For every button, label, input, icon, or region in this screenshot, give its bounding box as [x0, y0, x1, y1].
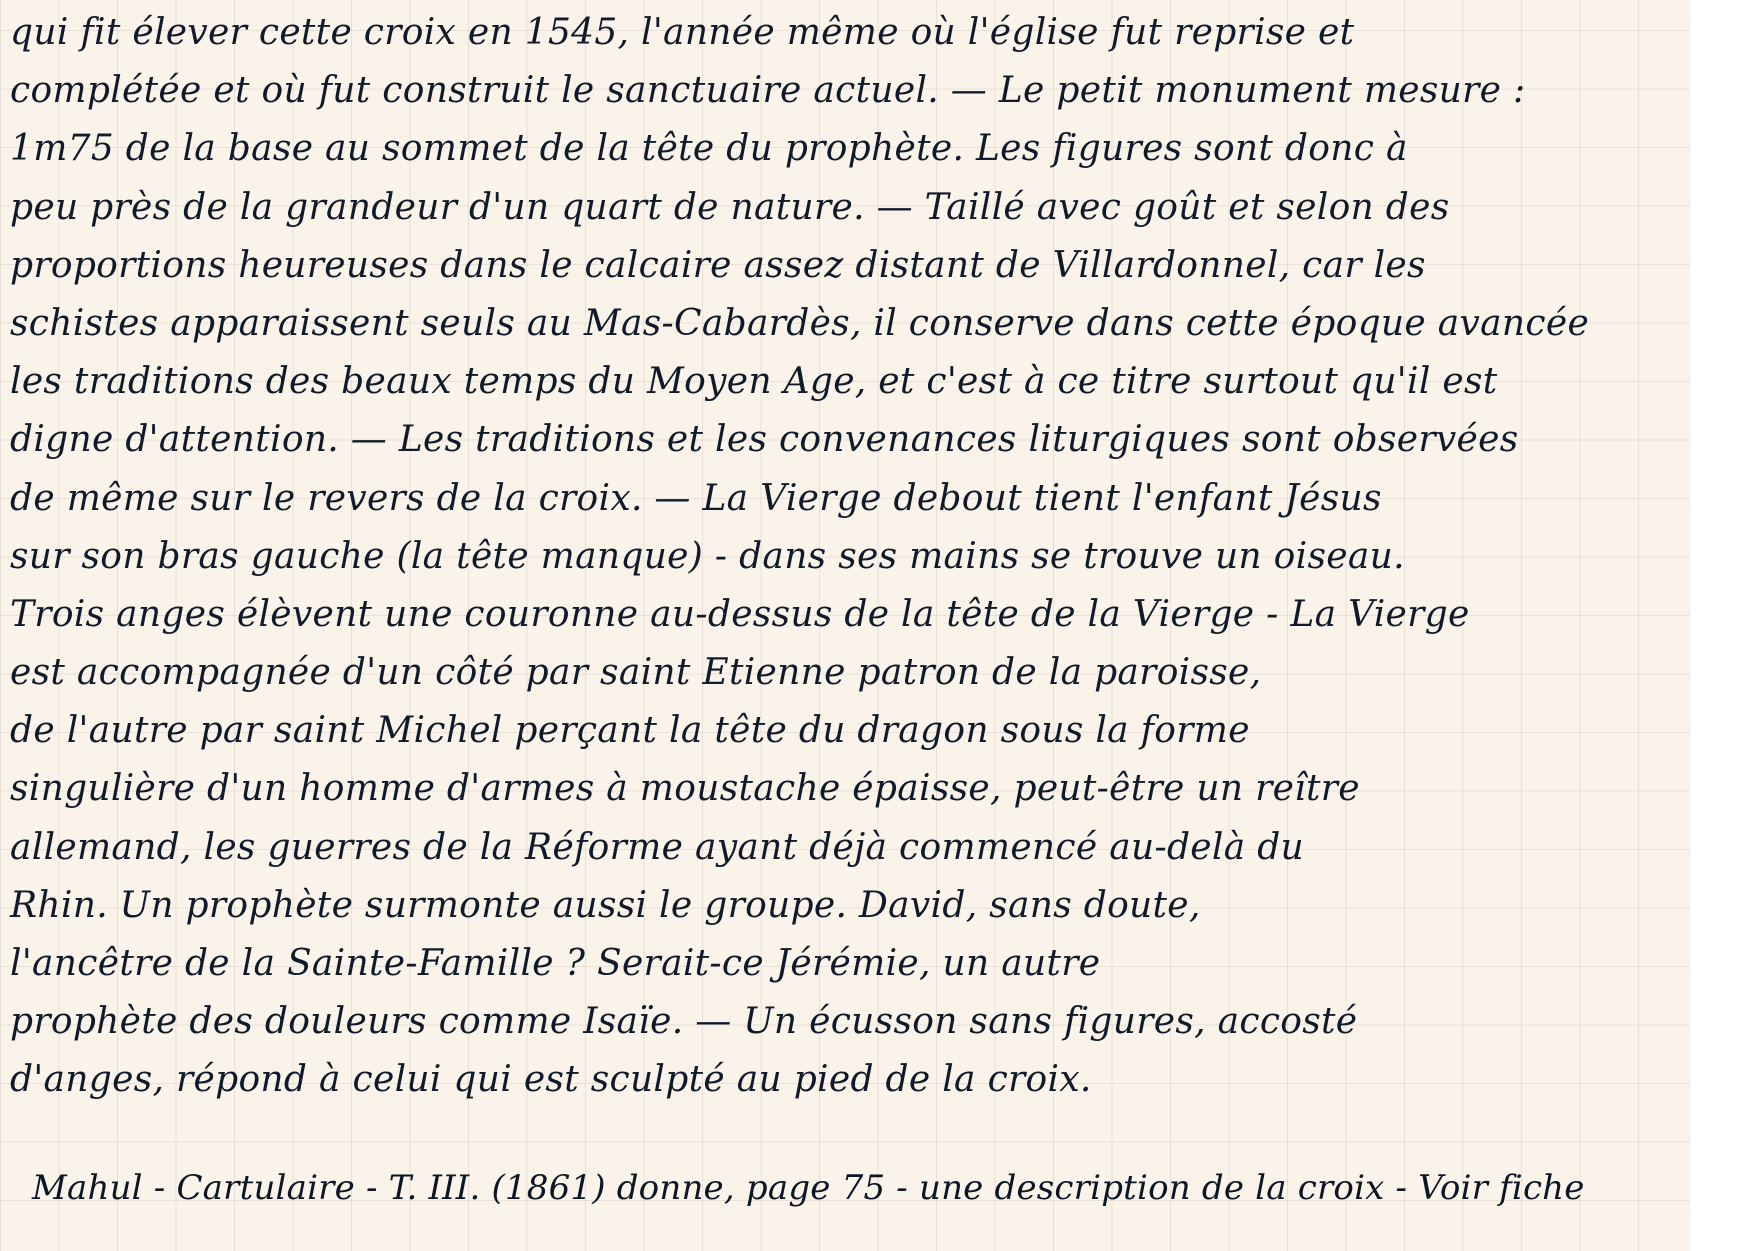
manuscript-line: est accompagnée d'un côté par saint Etie… [10, 644, 1690, 702]
manuscript-line: d'anges, répond à celui qui est sculpté … [10, 1051, 1690, 1109]
manuscript-line: schistes apparaissent seuls au Mas-Cabar… [10, 295, 1690, 353]
manuscript-line: digne d'attention. — Les traditions et l… [10, 411, 1690, 469]
manuscript-line: les traditions des beaux temps du Moyen … [10, 353, 1690, 411]
manuscript-line: Rhin. Un prophète surmonte aussi le grou… [10, 877, 1690, 935]
manuscript-line: allemand, les guerres de la Réforme ayan… [10, 819, 1690, 877]
manuscript-line: singulière d'un homme d'armes à moustach… [10, 760, 1690, 818]
manuscript-line: prophète des douleurs comme Isaïe. — Un … [10, 993, 1690, 1051]
manuscript-line: sur son bras gauche (la tête manque) - d… [10, 528, 1690, 586]
manuscript-page: qui fit élever cette croix en 1545, l'an… [0, 0, 1690, 1251]
manuscript-line: de même sur le revers de la croix. — La … [10, 470, 1690, 528]
manuscript-line: complétée et où fut construit le sanctua… [10, 62, 1690, 120]
manuscript-line: qui fit élever cette croix en 1545, l'an… [10, 4, 1690, 62]
manuscript-line: Trois anges élèvent une couronne au-dess… [10, 586, 1690, 644]
manuscript-line: 1m75 de la base au sommet de la tête du … [10, 120, 1690, 178]
manuscript-line: de l'autre par saint Michel perçant la t… [10, 702, 1690, 760]
manuscript-line: l'ancêtre de la Sainte-Famille ? Serait-… [10, 935, 1690, 993]
manuscript-line: peu près de la grandeur d'un quart de na… [10, 179, 1690, 237]
manuscript-body: qui fit élever cette croix en 1545, l'an… [10, 4, 1690, 1110]
manuscript-line: proportions heureuses dans le calcaire a… [10, 237, 1690, 295]
source-reference-note: Mahul - Cartulaire - T. III. (1861) donn… [32, 1168, 1585, 1208]
